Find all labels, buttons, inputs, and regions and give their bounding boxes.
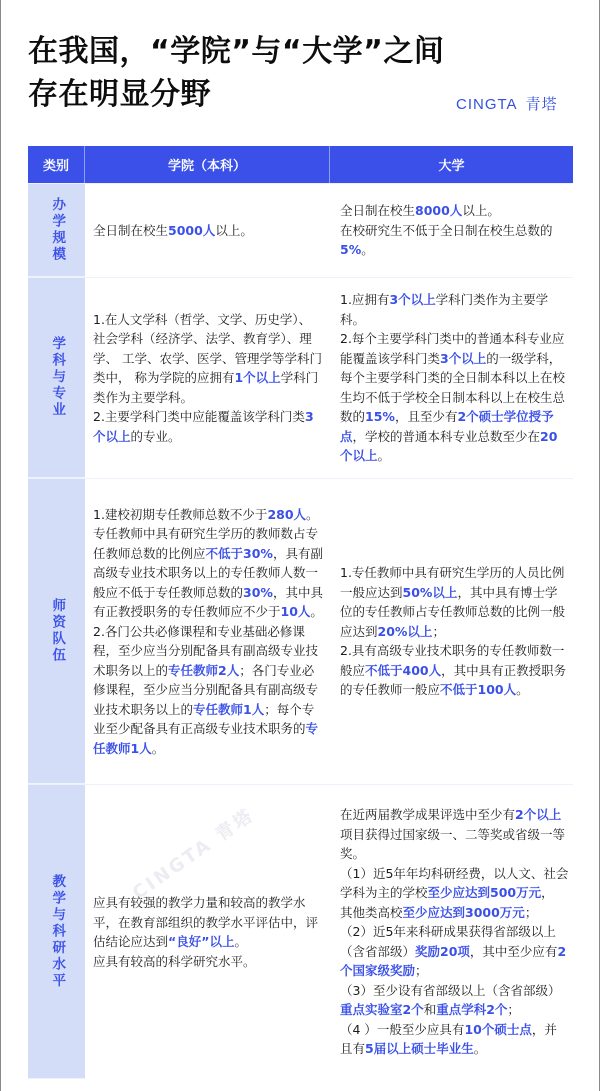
text-run: （4 ）一般至少应具有 — [340, 1022, 464, 1037]
text-run: ，学校的普通本科专业总数至少在 — [353, 429, 541, 444]
text-run: 应具有较高的科学研究水平。 — [93, 954, 256, 969]
highlight-text: 10人 — [281, 604, 311, 619]
college-cell: 1.建校初期专任教师总数不少于280人。专任教师中具有研究生学历的教师数占专任教… — [85, 479, 330, 784]
highlight-text: 至少应达到3000万元 — [403, 905, 525, 920]
brand-cn: 青塔 — [526, 96, 558, 113]
paragraph: 1.专任教师中具有研究生学历的人员比例一般应达到50%以上，其中具有博士学位的专… — [340, 563, 569, 641]
text-run: 和 — [424, 1002, 437, 1017]
paragraph: 全日制在校生5000人以上。 — [93, 221, 253, 241]
header-college: 学院（本科） — [85, 146, 330, 183]
college-cell: 1.在人文学科（哲学、文学、历史学）、 社会学科（经济学、法学、教育学）、理学、… — [85, 278, 330, 478]
text-run: 全日制在校生 — [340, 203, 415, 218]
text-run: 。 — [152, 741, 165, 756]
university-cell: 1.应拥有3个以上学科门类作为主要学科。2.每个主要学科门类中的普通本科专业应能… — [330, 278, 573, 478]
highlight-text: 30% — [243, 585, 273, 600]
highlight-text: 1个以上 — [234, 370, 280, 385]
highlight-text: 5届以上硕士毕业生 — [365, 1041, 474, 1056]
title-line-1: 在我国，“学院”与“大学”之间 — [28, 30, 444, 73]
highlight-text: 8000人 — [415, 203, 462, 218]
text-run: 。 — [310, 604, 323, 619]
highlight-text: 280人 — [267, 507, 306, 522]
paragraph: （4 ）一般至少应具有10个硕士点，并且有5届以上硕士毕业生。 — [340, 1020, 569, 1059]
paragraph: （1）近5年年均科研经费，以人文、社会学科为主的学校至少应达到500万元， 其他… — [340, 864, 569, 923]
text-run: ，且至少有 — [395, 409, 458, 424]
text-run: 以上。 — [215, 223, 253, 238]
highlight-text: “良好”以上 — [168, 934, 234, 949]
text-run: 以上。 — [462, 203, 500, 218]
highlight-text: 奖励20项 — [415, 944, 470, 959]
category-label: 办学规模 — [50, 197, 64, 263]
paragraph: 1.应拥有3个以上学科门类作为主要学科。 — [340, 290, 569, 329]
text-run: 。 — [474, 1041, 487, 1056]
university-cell: 全日制在校生8000人以上。在校研究生不低于全日制在校生总数的5%。 — [330, 184, 573, 277]
university-cell: 在近两届教学成果评选中至少有2个以上项目获得过国家级一、二等奖或省级一等奖。（1… — [330, 785, 573, 1079]
category-cell: 办学规模 — [28, 184, 85, 277]
highlight-text: 5% — [340, 242, 361, 257]
category-cell: 教学与科研水平 — [28, 785, 85, 1079]
table-row-faculty: 师资队伍 1.建校初期专任教师总数不少于280人。专任教师中具有研究生学历的教师… — [28, 478, 573, 784]
paragraph: 2.具有高级专业技术职务的专任教师数一般应不低于400人，其中具有正教授职务的专… — [340, 641, 569, 700]
category-cell: 学科与专业 — [28, 278, 85, 478]
college-cell: 全日制在校生5000人以上。 — [85, 184, 330, 277]
university-cell: 1.专任教师中具有研究生学历的人员比例一般应达到50%以上，其中具有博士学位的专… — [330, 479, 573, 784]
text-run: 的专业。 — [131, 429, 181, 444]
paragraph: 在近两届教学成果评选中至少有2个以上项目获得过国家级一、二等奖或省级一等奖。 — [340, 805, 569, 864]
title-line-2: 存在明显分野 — [28, 73, 444, 116]
cell-text: 1.专任教师中具有研究生学历的人员比例一般应达到50%以上，其中具有博士学位的专… — [340, 563, 569, 700]
college-cell: 应具有较强的教学力量和较高的教学水平，在教育部组织的教学水平评估中，评估结论应达… — [85, 785, 330, 1079]
cell-text: 全日制在校生5000人以上。 — [93, 221, 253, 241]
cell-text: 1.在人文学科（哲学、文学、历史学）、 社会学科（经济学、法学、教育学）、理学、… — [93, 310, 324, 447]
header-university: 大学 — [330, 146, 573, 183]
page-title: 在我国，“学院”与“大学”之间 存在明显分野 — [28, 30, 444, 116]
paragraph: 1.在人文学科（哲学、文学、历史学）、 社会学科（经济学、法学、教育学）、理学、… — [93, 310, 324, 408]
text-run: 在校研究生不低于全日制在校生总数的 — [340, 223, 553, 238]
highlight-text: 3个以上 — [440, 351, 486, 366]
highlight-text: 专任教师1人 — [193, 702, 264, 717]
text-run: ； — [415, 963, 428, 978]
paragraph: （3）至少设有省部级以上（含省部级）重点实验室2个和重点学科2个； — [340, 981, 569, 1020]
category-label: 教学与科研水平 — [50, 874, 64, 990]
text-run: 1.应拥有 — [340, 292, 389, 307]
header-category: 类别 — [28, 146, 85, 183]
text-run: 。 — [361, 242, 374, 257]
paragraph: 应具有较高的科学研究水平。 — [93, 952, 324, 972]
table-row-teaching-research: 教学与科研水平 应具有较强的教学力量和较高的教学水平，在教育部组织的教学水平评估… — [28, 784, 573, 1079]
highlight-text: 20%以上 — [378, 624, 433, 639]
highlight-text: 不低于400人 — [365, 663, 441, 678]
highlight-text: 专任教师2人 — [168, 663, 239, 678]
paragraph: （2）近5年来科研成果获得省部级以上（含省部级）奖励20项，其中至少应有2个国家… — [340, 922, 569, 981]
text-run: ，其中至少应有 — [470, 944, 558, 959]
text-run: 在近两届教学成果评选中至少有 — [340, 807, 515, 822]
paragraph: 应具有较强的教学力量和较高的教学水平，在教育部组织的教学水平评估中，评估结论应达… — [93, 893, 324, 952]
cell-text: 全日制在校生8000人以上。在校研究生不低于全日制在校生总数的5%。 — [340, 201, 569, 260]
cell-text: 在近两届教学成果评选中至少有2个以上项目获得过国家级一、二等奖或省级一等奖。（1… — [340, 805, 569, 1059]
paragraph: 2.每个主要学科门类中的普通本科专业应能覆盖该学科门类3个以上的一级学科， 每个… — [340, 329, 569, 466]
cell-text: 应具有较强的教学力量和较高的教学水平，在教育部组织的教学水平评估中，评估结论应达… — [93, 893, 324, 971]
paragraph: 2.各门公共必修课程和专业基础必修课程，至少应当分别配备具有副高级专业技术职务以… — [93, 622, 324, 759]
brand-en: CINGTA — [456, 96, 518, 113]
paragraph: 2.主要学科门类中应能覆盖该学科门类3个以上的专业。 — [93, 407, 324, 446]
cell-text: 1.应拥有3个以上学科门类作为主要学科。2.每个主要学科门类中的普通本科专业应能… — [340, 290, 569, 466]
text-run: 。 — [378, 448, 391, 463]
highlight-text: 重点学科2个 — [436, 1002, 507, 1017]
table-row-disciplines: 学科与专业 1.在人文学科（哲学、文学、历史学）、 社会学科（经济学、法学、教育… — [28, 277, 573, 478]
comparison-table: 类别 学院（本科） 大学 办学规模 全日制在校生5000人以上。 全日制在校生8… — [28, 146, 573, 1079]
brand-logo: CINGTA青塔 — [456, 93, 558, 114]
highlight-text: 3个以上 — [389, 292, 435, 307]
text-run: 2.主要学科门类中应能覆盖该学科门类 — [93, 409, 305, 424]
highlight-text: 15% — [365, 409, 395, 424]
text-run: 全日制在校生 — [93, 223, 168, 238]
cell-text: 1.建校初期专任教师总数不少于280人。专任教师中具有研究生学历的教师数占专任教… — [93, 505, 324, 759]
text-run: ； — [507, 1002, 520, 1017]
highlight-text: 不低于100人 — [440, 682, 516, 697]
category-label: 学科与专业 — [50, 336, 64, 419]
paragraph: 全日制在校生8000人以上。 — [340, 201, 569, 221]
text-run: 。 — [516, 682, 529, 697]
table-row-scale: 办学规模 全日制在校生5000人以上。 全日制在校生8000人以上。在校研究生不… — [28, 183, 573, 277]
highlight-text: 不低于30% — [206, 546, 273, 561]
text-run: ； — [525, 905, 538, 920]
paragraph: 1.建校初期专任教师总数不少于280人。专任教师中具有研究生学历的教师数占专任教… — [93, 505, 324, 622]
category-label: 师资队伍 — [50, 598, 64, 664]
text-run: ； — [432, 624, 445, 639]
highlight-text: 5000人 — [168, 223, 215, 238]
highlight-text: 10个硕士点 — [464, 1022, 531, 1037]
paragraph: 在校研究生不低于全日制在校生总数的5%。 — [340, 221, 569, 260]
text-run: 。 — [234, 934, 247, 949]
text-run: 项目获得过国家级一、二等奖或省级一等奖。 — [340, 827, 565, 862]
category-cell: 师资队伍 — [28, 479, 85, 784]
table-header: 类别 学院（本科） 大学 — [28, 146, 573, 183]
highlight-text: 50%以上 — [403, 585, 458, 600]
highlight-text: 2个以上 — [515, 807, 561, 822]
highlight-text: 重点实验室2个 — [340, 1002, 424, 1017]
text-run: 1.建校初期专任教师总数不少于 — [93, 507, 267, 522]
text-run: （3）至少设有省部级以上（含省部级） — [340, 983, 560, 998]
highlight-text: 至少应达到500万元 — [428, 885, 542, 900]
